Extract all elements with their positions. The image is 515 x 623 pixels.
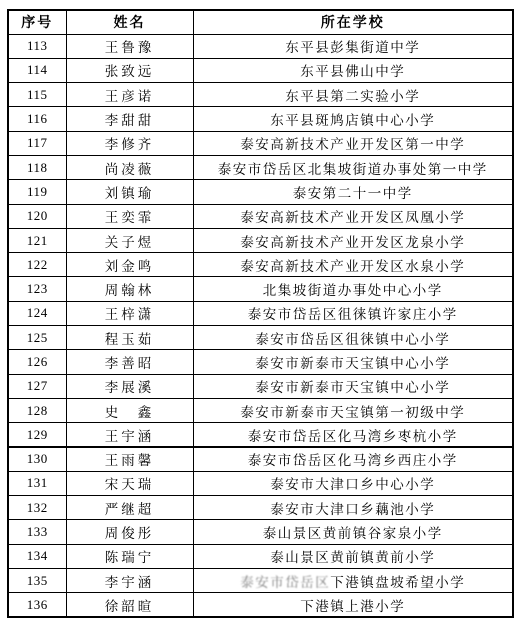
cell-number: 128: [8, 398, 66, 422]
cell-name: 周翰林: [66, 277, 193, 301]
cell-name: 程玉茹: [66, 326, 193, 350]
cell-school: 东平县彭集街道中学: [193, 34, 513, 58]
table-row: 115 王彦诺 东平县第二实验小学: [8, 83, 513, 107]
cell-name: 关子煜: [66, 228, 193, 252]
cell-name: 李善昭: [66, 350, 193, 374]
cell-name: 李宇涵: [66, 569, 193, 593]
cell-number: 136: [8, 593, 66, 617]
table-row: 118 尚凌薇 泰安市岱岳区北集坡街道办事处第一中学: [8, 155, 513, 179]
cell-number: 122: [8, 253, 66, 277]
table-row: 125 程玉茹 泰安市岱岳区徂徕镇中心小学: [8, 326, 513, 350]
cell-name: 刘镇瑜: [66, 180, 193, 204]
cell-number: 132: [8, 496, 66, 520]
cell-name: 张致远: [66, 58, 193, 82]
cell-number: 124: [8, 301, 66, 325]
header-row: 序号 姓名 所在学校: [8, 10, 513, 34]
cell-school: 泰安市大津口乡藕池小学: [193, 496, 513, 520]
cell-name: 刘金鸣: [66, 253, 193, 277]
cell-number: 116: [8, 107, 66, 131]
table-row: 117 李修齐 泰安高新技术产业开发区第一中学: [8, 131, 513, 155]
cell-name: 严继超: [66, 496, 193, 520]
table-row: 126 李善昭 泰安市新泰市天宝镇中心小学: [8, 350, 513, 374]
cell-school: 泰安市大津口乡中心小学: [193, 471, 513, 495]
cell-name: 史 鑫: [66, 398, 193, 422]
header-school: 所在学校: [193, 10, 513, 34]
cell-name: 王梓潇: [66, 301, 193, 325]
table-body: 113 王鲁豫 东平县彭集街道中学 114 张致远 东平县佛山中学 115 王彦…: [8, 34, 513, 617]
table-row: 113 王鲁豫 东平县彭集街道中学: [8, 34, 513, 58]
cell-number: 131: [8, 471, 66, 495]
table-row: 121 关子煜 泰安高新技术产业开发区龙泉小学: [8, 228, 513, 252]
table-row: 134 陈瑞宁 泰山景区黄前镇黄前小学: [8, 544, 513, 568]
cell-number: 126: [8, 350, 66, 374]
cell-school: 泰安高新技术产业开发区龙泉小学: [193, 228, 513, 252]
cell-name: 李展溪: [66, 374, 193, 398]
document-page: 序号 姓名 所在学校 113 王鲁豫 东平县彭集街道中学 114 张致远 东平县…: [0, 0, 515, 623]
cell-school: 泰安市岱岳区化马湾乡西庄小学: [193, 447, 513, 471]
table-row: 127 李展溪 泰安市新泰市天宝镇中心小学: [8, 374, 513, 398]
cell-number: 115: [8, 83, 66, 107]
cell-school: 东平县第二实验小学: [193, 83, 513, 107]
roster-table: 序号 姓名 所在学校 113 王鲁豫 东平县彭集街道中学 114 张致远 东平县…: [7, 9, 514, 618]
table-row: 130 王雨馨 泰安市岱岳区化马湾乡西庄小学: [8, 447, 513, 471]
table-row: 131 宋天瑞 泰安市大津口乡中心小学: [8, 471, 513, 495]
table-row: 123 周翰林 北集坡街道办事处中心小学: [8, 277, 513, 301]
cell-name: 王鲁豫: [66, 34, 193, 58]
cell-number: 118: [8, 155, 66, 179]
table-row: 116 李甜甜 东平县斑鸠店镇中心小学: [8, 107, 513, 131]
cell-number: 113: [8, 34, 66, 58]
cell-name: 李修齐: [66, 131, 193, 155]
cell-school: 泰安高新技术产业开发区凤凰小学: [193, 204, 513, 228]
table-row: 132 严继超 泰安市大津口乡藕池小学: [8, 496, 513, 520]
cell-number: 125: [8, 326, 66, 350]
table-row: 120 王奕霏 泰安高新技术产业开发区凤凰小学: [8, 204, 513, 228]
cell-school: 北集坡街道办事处中心小学: [193, 277, 513, 301]
cell-name: 尚凌薇: [66, 155, 193, 179]
table-row: 135 李宇涵 泰安市岱岳区下港镇盘坡希望小学: [8, 569, 513, 593]
table-row: 133 周俊彤 泰山景区黄前镇谷家泉小学: [8, 520, 513, 544]
cell-name: 王奕霏: [66, 204, 193, 228]
cell-name: 周俊彤: [66, 520, 193, 544]
school-text: 下港镇盘坡希望小学: [330, 575, 465, 590]
cell-number: 134: [8, 544, 66, 568]
cell-school: 泰安市新泰市天宝镇中心小学: [193, 374, 513, 398]
cell-school: 泰安市新泰市天宝镇第一初级中学: [193, 398, 513, 422]
table-row: 129 王宇涵 泰安市岱岳区化马湾乡枣杭小学: [8, 423, 513, 447]
table-row: 119 刘镇瑜 泰安第二十一中学: [8, 180, 513, 204]
cell-number: 123: [8, 277, 66, 301]
cell-name: 王宇涵: [66, 423, 193, 447]
cell-number: 135: [8, 569, 66, 593]
cell-number: 129: [8, 423, 66, 447]
cell-number: 120: [8, 204, 66, 228]
cell-school: 泰山景区黄前镇黄前小学: [193, 544, 513, 568]
table-row: 114 张致远 东平县佛山中学: [8, 58, 513, 82]
cell-name: 李甜甜: [66, 107, 193, 131]
table-row: 136 徐韶暄 下港镇上港小学: [8, 593, 513, 617]
cell-number: 133: [8, 520, 66, 544]
cell-school: 泰安市岱岳区徂徕镇中心小学: [193, 326, 513, 350]
header-name: 姓名: [66, 10, 193, 34]
cell-name: 徐韶暄: [66, 593, 193, 617]
cell-name: 宋天瑞: [66, 471, 193, 495]
header-number: 序号: [8, 10, 66, 34]
table-header: 序号 姓名 所在学校: [8, 10, 513, 34]
cell-number: 117: [8, 131, 66, 155]
cell-number: 121: [8, 228, 66, 252]
school-degraded-text: 泰安市岱岳区: [240, 575, 330, 590]
cell-number: 114: [8, 58, 66, 82]
cell-school: 下港镇上港小学: [193, 593, 513, 617]
cell-school: 泰安高新技术产业开发区水泉小学: [193, 253, 513, 277]
table-row: 122 刘金鸣 泰安高新技术产业开发区水泉小学: [8, 253, 513, 277]
cell-number: 127: [8, 374, 66, 398]
cell-school: 泰安市岱岳区化马湾乡枣杭小学: [193, 423, 513, 447]
cell-school: 泰安高新技术产业开发区第一中学: [193, 131, 513, 155]
cell-number: 130: [8, 447, 66, 471]
table-row: 128 史 鑫 泰安市新泰市天宝镇第一初级中学: [8, 398, 513, 422]
cell-school: 东平县佛山中学: [193, 58, 513, 82]
cell-name: 陈瑞宁: [66, 544, 193, 568]
cell-school: 泰安市新泰市天宝镇中心小学: [193, 350, 513, 374]
cell-school: 泰山景区黄前镇谷家泉小学: [193, 520, 513, 544]
table-row: 124 王梓潇 泰安市岱岳区徂徕镇许家庄小学: [8, 301, 513, 325]
cell-school: 泰安市岱岳区下港镇盘坡希望小学: [193, 569, 513, 593]
cell-name: 王雨馨: [66, 447, 193, 471]
cell-name: 王彦诺: [66, 83, 193, 107]
cell-school: 泰安第二十一中学: [193, 180, 513, 204]
cell-school: 泰安市岱岳区徂徕镇许家庄小学: [193, 301, 513, 325]
cell-school: 泰安市岱岳区北集坡街道办事处第一中学: [193, 155, 513, 179]
cell-number: 119: [8, 180, 66, 204]
cell-school: 东平县斑鸠店镇中心小学: [193, 107, 513, 131]
